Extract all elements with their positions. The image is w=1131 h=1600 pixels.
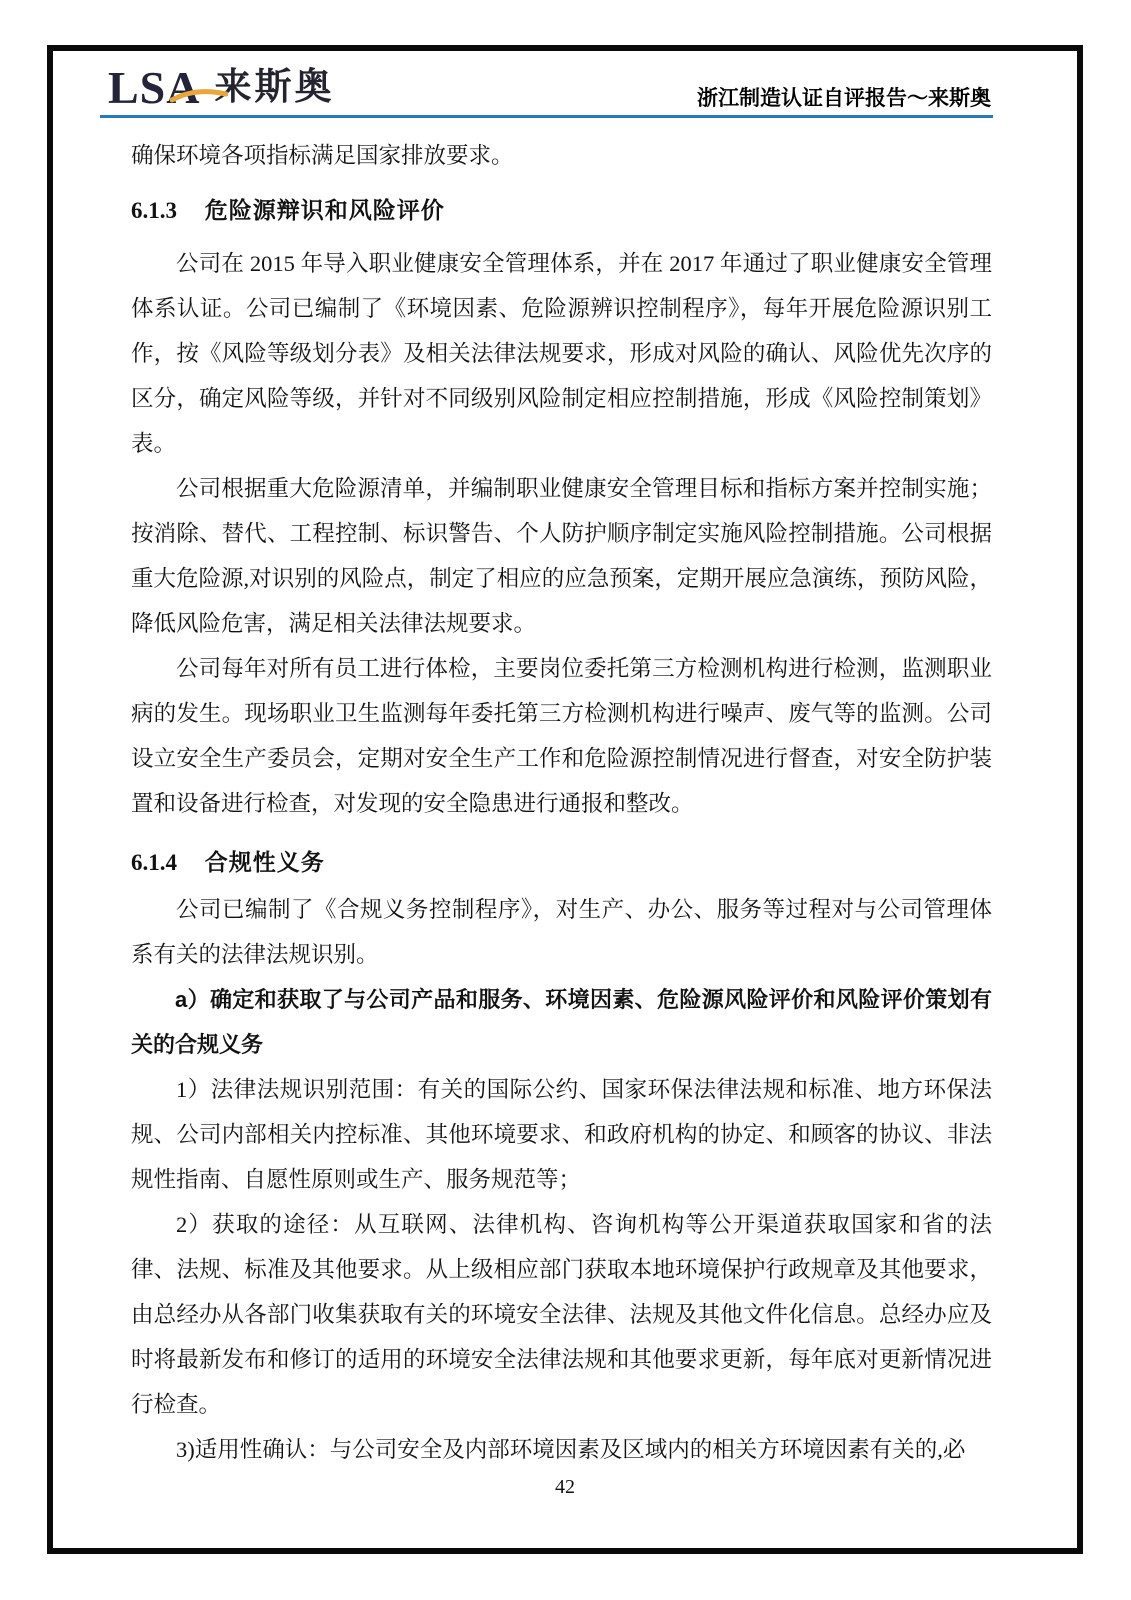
section-title: 危险源辩识和风险评价 — [205, 197, 445, 223]
paragraph-risk-control: 公司根据重大危险源清单，并编制职业健康安全管理目标和指标方案并控制实施；按消除、… — [131, 466, 992, 646]
paragraph-compliance-program: 公司已编制了《合规义务控制程序》，对生产、办公、服务等过程对与公司管理体系有关的… — [131, 887, 992, 977]
paragraph-env-requirement: 确保环境各项指标满足国家排放要求。 — [131, 133, 992, 178]
section-heading-6-1-4: 6.1.4 合规性义务 — [131, 840, 992, 885]
paragraph-ohs-system: 公司在 2015 年导入职业健康安全管理体系，并在 2017 年通过了职业健康安… — [131, 241, 992, 466]
page-number: 42 — [47, 1476, 1083, 1499]
logo-swoosh-icon — [170, 88, 228, 104]
header-divider-line — [100, 115, 993, 118]
section-title: 合规性义务 — [205, 849, 325, 875]
section-number: 6.1.4 — [131, 850, 177, 875]
paragraph-item-3: 3)适用性确认：与公司安全及内部环境因素及区域内的相关方环境因素有关的,必 — [131, 1427, 992, 1472]
brand-logo: LSA 来斯奥 — [108, 56, 334, 110]
section-heading-6-1-3: 6.1.3 危险源辩识和风险评价 — [131, 188, 992, 233]
paragraph-item-1: 1）法律法规识别范围：有关的国际公约、国家环保法律法规和标准、地方环保法规、公司… — [131, 1067, 992, 1202]
document-body: 确保环境各项指标满足国家排放要求。 6.1.3 危险源辩识和风险评价 公司在 2… — [131, 133, 992, 1472]
paragraph-health-check: 公司每年对所有员工进行体检，主要岗位委托第三方检测机构进行检测，监测职业病的发生… — [131, 646, 992, 826]
logo-brand-name: 来斯奥 — [214, 66, 334, 107]
paragraph-item-a: a）确定和获取了与公司产品和服务、环境因素、危险源风险评价和风险评价策划有关的合… — [131, 977, 992, 1067]
header-report-title: 浙江制造认证自评报告～来斯奥 — [697, 82, 991, 112]
paragraph-item-2: 2）获取的途径：从互联网、法律机构、咨询机构等公开渠道获取国家和省的法律、法规、… — [131, 1202, 992, 1427]
section-number: 6.1.3 — [131, 198, 177, 223]
document-page: LSA 来斯奥 浙江制造认证自评报告～来斯奥 确保环境各项指标满足国家排放要求。… — [0, 0, 1131, 1600]
